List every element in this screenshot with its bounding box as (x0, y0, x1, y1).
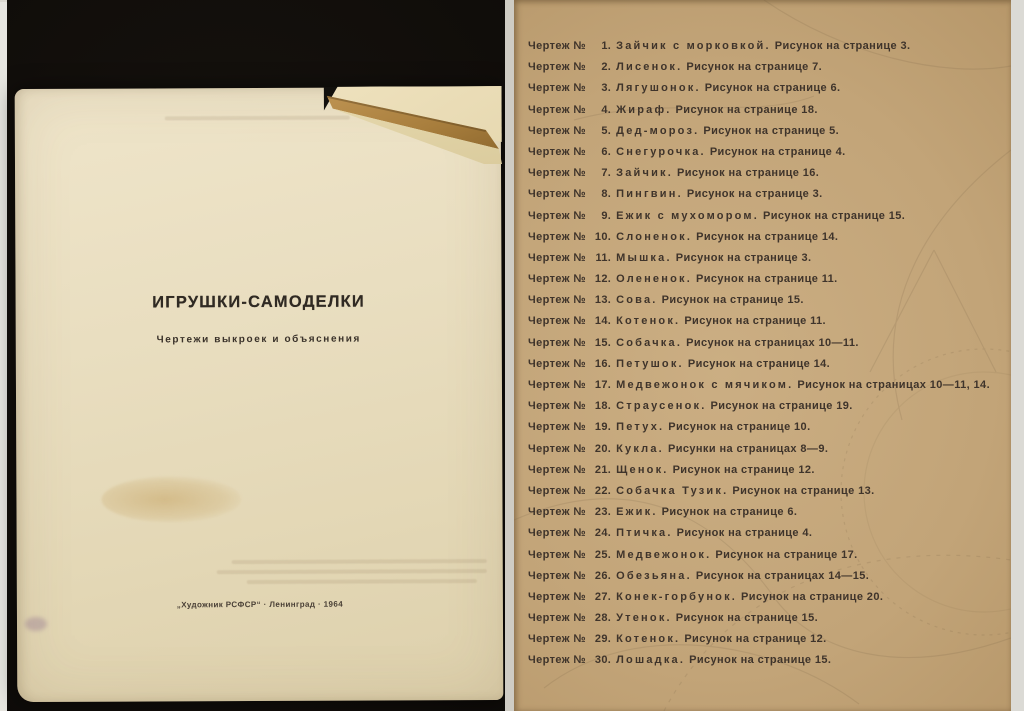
toc-item-name: Снегурочка. (616, 146, 706, 158)
toc-item-name: Страусенок. (616, 400, 706, 412)
toc-item-name: Собачка. (616, 337, 682, 349)
toc-row: Чертеж №5.Дед-мороз.Рисунок на странице … (528, 121, 998, 142)
toc-row: Чертеж №3.Лягушонок.Рисунок на странице … (528, 78, 998, 99)
toc-item-note: Рисунок на странице 3. (687, 188, 823, 200)
toc-row: Чертеж №28.Утенок.Рисунок на странице 15… (528, 608, 998, 629)
toc-item-number: 28. (591, 608, 611, 629)
toc-item-note: Рисунок на странице 12. (673, 464, 815, 476)
toc-item-number: 10. (591, 227, 611, 248)
toc-row: Чертеж №25.Медвежонок.Рисунок на страниц… (528, 545, 998, 566)
toc-item-name: Пингвин. (616, 188, 683, 200)
toc-item-name: Зайчик с морковкой. (616, 40, 771, 52)
folded-corner (324, 86, 502, 165)
toc-item-number: 12. (591, 269, 611, 290)
ghost-showthrough-text (165, 116, 350, 121)
toc-item-prefix: Чертеж № (528, 167, 586, 179)
toc-item-prefix: Чертеж № (528, 82, 586, 94)
toc-item-prefix: Чертеж № (528, 358, 586, 370)
toc-item-number: 22. (591, 481, 611, 502)
toc-item-name: Жираф. (616, 104, 671, 116)
toc-row: Чертеж №9.Ежик с мухомором.Рисунок на ст… (528, 206, 998, 227)
toc-row: Чертеж №12.Олененок.Рисунок на странице … (528, 269, 998, 290)
toc-item-prefix: Чертеж № (528, 315, 586, 327)
toc-item-number: 18. (591, 396, 611, 417)
toc-item-name: Дед-мороз. (616, 125, 699, 137)
ink-smudge (25, 617, 47, 631)
toc-item-name: Конек-горбунок. (616, 591, 737, 603)
toc-item-prefix: Чертеж № (528, 527, 586, 539)
toc-item-name: Олененок. (616, 273, 692, 285)
toc-item-name: Кукла. (616, 443, 664, 455)
toc-item-number: 29. (591, 629, 611, 650)
toc-item-note: Рисунок на странице 7. (686, 61, 822, 73)
toc-row: Чертеж №18.Страусенок.Рисунок на страниц… (528, 396, 998, 417)
toc-item-note: Рисунок на странице 14. (696, 231, 838, 243)
toc-item-note: Рисунок на странице 15. (763, 210, 905, 222)
toc-item-prefix: Чертеж № (528, 591, 586, 603)
scanned-spread: ИГРУШКИ-САМОДЕЛКИ Чертежи выкроек и объя… (0, 0, 1024, 711)
toc-row: Чертеж №17.Медвежонок с мячиком.Рисунок … (528, 375, 998, 396)
toc-item-number: 17. (591, 375, 611, 396)
ghost-showthrough-text (217, 569, 487, 574)
toc-row: Чертеж №21.Щенок.Рисунок на странице 12. (528, 460, 998, 481)
toc-item-number: 13. (591, 290, 611, 311)
toc-item-name: Лисенок. (616, 61, 682, 73)
toc-item-name: Утенок. (616, 612, 672, 624)
toc-row: Чертеж №23.Ежик.Рисунок на странице 6. (528, 502, 998, 523)
toc-item-note: Рисунок на странице 20. (741, 591, 883, 603)
toc-row: Чертеж №8.Пингвин.Рисунок на странице 3. (528, 184, 998, 205)
toc-item-note: Рисунок на странице 14. (688, 358, 830, 370)
toc-row: Чертеж №10.Слоненок.Рисунок на странице … (528, 227, 998, 248)
toc-row: Чертеж №26.Обезьяна.Рисунок на страницах… (528, 566, 998, 587)
ghost-showthrough-text (232, 559, 487, 564)
toc-item-note: Рисунок на странице 4. (710, 146, 846, 158)
toc-item-name: Лошадка. (616, 654, 685, 666)
cover-imprint: „Художник РСФСР“ · Ленинград · 1964 (17, 599, 503, 610)
toc-item-prefix: Чертеж № (528, 549, 586, 561)
toc-item-number: 3. (591, 78, 611, 99)
toc-item-prefix: Чертеж № (528, 337, 586, 349)
toc-item-note: Рисунок на странице 5. (703, 125, 839, 137)
right-frame-strip (1011, 0, 1024, 711)
toc-item-name: Обезьяна. (616, 570, 692, 582)
toc-row: Чертеж №1.Зайчик с морковкой.Рисунок на … (528, 36, 998, 57)
toc-item-name: Ежик с мухомором. (616, 210, 759, 222)
toc-item-prefix: Чертеж № (528, 210, 586, 222)
toc-item-number: 26. (591, 566, 611, 587)
toc-item-prefix: Чертеж № (528, 464, 586, 476)
toc-row: Чертеж №24.Птичка.Рисунок на странице 4. (528, 523, 998, 544)
toc-item-note: Рисунок на страницах 14—15. (696, 570, 869, 582)
toc-item-name: Петух. (616, 421, 664, 433)
toc-item-name: Слоненок. (616, 231, 692, 243)
toc-item-note: Рисунок на странице 6. (705, 82, 841, 94)
toc-item-name: Собачка Тузик. (616, 485, 728, 497)
toc-item-prefix: Чертеж № (528, 273, 586, 285)
toc-item-number: 11. (591, 248, 611, 269)
toc-row: Чертеж №6.Снегурочка.Рисунок на странице… (528, 142, 998, 163)
toc-item-prefix: Чертеж № (528, 570, 586, 582)
toc-item-prefix: Чертеж № (528, 146, 586, 158)
toc-item-number: 30. (591, 650, 611, 671)
toc-item-prefix: Чертеж № (528, 506, 586, 518)
toc-item-note: Рисунки на страницах 8—9. (668, 443, 828, 455)
toc-item-prefix: Чертеж № (528, 443, 586, 455)
toc-item-note: Рисунок на странице 3. (775, 40, 911, 52)
toc-item-number: 8. (591, 184, 611, 205)
paper-stain (101, 476, 241, 523)
toc-item-prefix: Чертеж № (528, 125, 586, 137)
toc-item-prefix: Чертеж № (528, 104, 586, 116)
toc-item-number: 9. (591, 206, 611, 227)
toc-item-name: Щенок. (616, 464, 668, 476)
toc-item-prefix: Чертеж № (528, 231, 586, 243)
toc-item-prefix: Чертеж № (528, 654, 586, 666)
toc-item-name: Котенок. (616, 633, 680, 645)
toc-item-prefix: Чертеж № (528, 612, 586, 624)
cover-photo: ИГРУШКИ-САМОДЕЛКИ Чертежи выкроек и объя… (7, 0, 505, 711)
toc-item-note: Рисунок на странице 15. (676, 612, 818, 624)
toc-list: Чертеж №1.Зайчик с морковкой.Рисунок на … (528, 36, 998, 672)
toc-row: Чертеж №11.Мышка.Рисунок на странице 3. (528, 248, 998, 269)
toc-row: Чертеж №20.Кукла.Рисунки на страницах 8—… (528, 439, 998, 460)
cover-title: ИГРУШКИ-САМОДЕЛКИ (16, 292, 502, 313)
toc-row: Чертеж №13.Сова.Рисунок на странице 15. (528, 290, 998, 311)
toc-item-note: Рисунок на странице 18. (676, 104, 818, 116)
booklet-cover: ИГРУШКИ-САМОДЕЛКИ Чертежи выкроек и объя… (15, 87, 504, 702)
toc-row: Чертеж №2.Лисенок.Рисунок на странице 7. (528, 57, 998, 78)
toc-row: Чертеж №27.Конек-горбунок.Рисунок на стр… (528, 587, 998, 608)
toc-item-note: Рисунок на странице 13. (732, 485, 874, 497)
toc-item-number: 6. (591, 142, 611, 163)
toc-item-number: 2. (591, 57, 611, 78)
toc-row: Чертеж №29.Котенок.Рисунок на странице 1… (528, 629, 998, 650)
toc-row: Чертеж №16.Петушок.Рисунок на странице 1… (528, 354, 998, 375)
toc-item-note: Рисунок на странице 15. (662, 294, 804, 306)
toc-item-name: Ежик. (616, 506, 657, 518)
toc-item-prefix: Чертеж № (528, 400, 586, 412)
toc-item-prefix: Чертеж № (528, 485, 586, 497)
toc-item-note: Рисунок на странице 17. (715, 549, 857, 561)
toc-item-note: Рисунок на странице 16. (677, 167, 819, 179)
toc-item-number: 1. (591, 36, 611, 57)
toc-item-note: Рисунок на странице 3. (676, 252, 812, 264)
toc-item-name: Котенок. (616, 315, 680, 327)
toc-item-number: 25. (591, 545, 611, 566)
toc-row: Чертеж №14.Котенок.Рисунок на странице 1… (528, 311, 998, 332)
toc-item-number: 19. (591, 417, 611, 438)
toc-item-note: Рисунок на странице 6. (662, 506, 798, 518)
toc-row: Чертеж №4.Жираф.Рисунок на странице 18. (528, 100, 998, 121)
toc-item-number: 23. (591, 502, 611, 523)
cover-subtitle: Чертежи выкроек и объяснения (16, 333, 502, 346)
toc-item-name: Медвежонок. (616, 549, 711, 561)
toc-row: Чертеж №22.Собачка Тузик.Рисунок на стра… (528, 481, 998, 502)
toc-item-prefix: Чертеж № (528, 61, 586, 73)
toc-item-name: Зайчик. (616, 167, 673, 179)
left-frame-strip (0, 0, 7, 711)
toc-item-note: Рисунок на странице 12. (684, 633, 826, 645)
toc-item-note: Рисунок на странице 19. (710, 400, 852, 412)
toc-item-note: Рисунок на странице 15. (689, 654, 831, 666)
toc-item-name: Мышка. (616, 252, 672, 264)
toc-item-name: Сова. (616, 294, 657, 306)
toc-item-number: 27. (591, 587, 611, 608)
toc-item-number: 21. (591, 460, 611, 481)
toc-item-note: Рисунок на странице 4. (677, 527, 813, 539)
toc-item-name: Лягушонок. (616, 82, 701, 94)
toc-item-name: Медвежонок с мячиком. (616, 379, 793, 391)
toc-item-number: 24. (591, 523, 611, 544)
contents-page: Чертеж №1.Зайчик с морковкой.Рисунок на … (514, 0, 1011, 711)
toc-row: Чертеж №30.Лошадка.Рисунок на странице 1… (528, 650, 998, 671)
toc-row: Чертеж №15.Собачка.Рисунок на страницах … (528, 333, 998, 354)
toc-item-prefix: Чертеж № (528, 421, 586, 433)
toc-item-number: 5. (591, 121, 611, 142)
toc-item-prefix: Чертеж № (528, 379, 586, 391)
toc-item-note: Рисунок на страницах 10—11. (686, 337, 859, 349)
toc-item-number: 20. (591, 439, 611, 460)
toc-item-note: Рисунок на странице 11. (684, 315, 826, 327)
toc-item-number: 16. (591, 354, 611, 375)
toc-item-prefix: Чертеж № (528, 40, 586, 52)
toc-item-number: 7. (591, 163, 611, 184)
toc-item-number: 4. (591, 100, 611, 121)
toc-item-prefix: Чертеж № (528, 188, 586, 200)
toc-item-prefix: Чертеж № (528, 633, 586, 645)
toc-item-note: Рисунок на странице 10. (668, 421, 810, 433)
toc-item-number: 14. (591, 311, 611, 332)
toc-item-prefix: Чертеж № (528, 294, 586, 306)
toc-item-prefix: Чертеж № (528, 252, 586, 264)
toc-row: Чертеж №19.Петух.Рисунок на странице 10. (528, 417, 998, 438)
toc-row: Чертеж №7.Зайчик.Рисунок на странице 16. (528, 163, 998, 184)
toc-item-note: Рисунок на страницах 10—11, 14. (797, 379, 990, 391)
toc-item-number: 15. (591, 333, 611, 354)
toc-item-name: Птичка. (616, 527, 673, 539)
toc-item-note: Рисунок на странице 11. (696, 273, 838, 285)
center-gap-strip (505, 0, 514, 711)
toc-item-name: Петушок. (616, 358, 684, 370)
ghost-showthrough-text (247, 579, 477, 584)
